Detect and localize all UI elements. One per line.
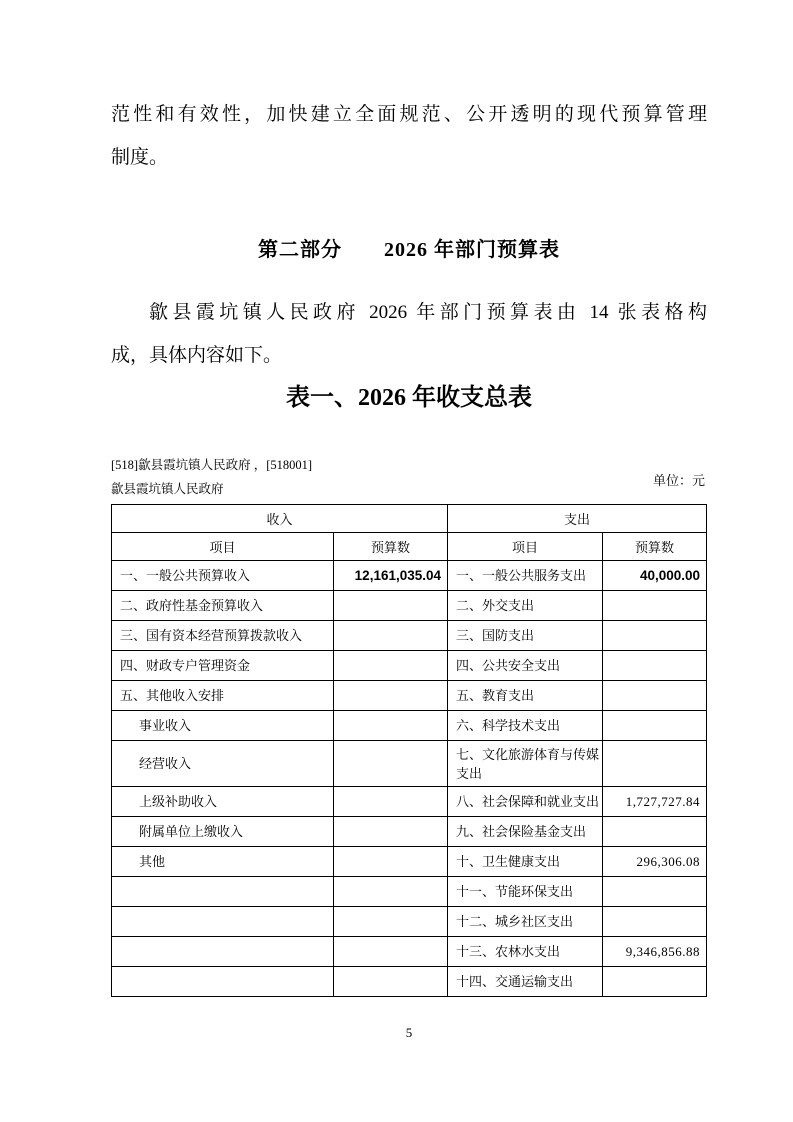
expense-item-cell: 十三、农林水支出 <box>448 937 603 967</box>
table-row: 十四、交通运输支出 <box>112 967 707 997</box>
page-content: 范性和有效性，加快建立全面规范、公开透明的现代预算管理 制度。 第二部分 202… <box>111 0 707 1041</box>
expense-item-cell: 十一、节能环保支出 <box>448 877 603 907</box>
income-value-cell <box>334 847 448 877</box>
income-value-cell <box>334 787 448 817</box>
income-value-cell <box>334 967 448 997</box>
income-item-cell <box>112 907 334 937</box>
table-row: 附属单位上缴收入九、社会保险基金支出 <box>112 817 707 847</box>
income-item-cell <box>112 877 334 907</box>
income-item-cell: 五、其他收入安排 <box>112 681 334 711</box>
page-number: 5 <box>111 1025 707 1041</box>
expense-item-cell: 三、国防支出 <box>448 621 603 651</box>
expense-item-cell: 十、卫生健康支出 <box>448 847 603 877</box>
expense-item-cell: 六、科学技术支出 <box>448 711 603 741</box>
income-value-cell <box>334 681 448 711</box>
org-code-line: [518]歙县霞坑镇人民政府 ，[518001] <box>111 453 707 477</box>
expense-value-cell <box>603 741 707 787</box>
income-item-cell: 附属单位上缴收入 <box>112 817 334 847</box>
income-item-cell <box>112 967 334 997</box>
document-page: 范性和有效性，加快建立全面规范、公开透明的现代预算管理 制度。 第二部分 202… <box>0 0 793 1122</box>
income-value-cell <box>334 621 448 651</box>
table-row: 十一、节能环保支出 <box>112 877 707 907</box>
expense-item-cell: 五、教育支出 <box>448 681 603 711</box>
expense-item-cell: 七、文化旅游体育与传媒 支出 <box>448 741 603 787</box>
income-item-cell: 其他 <box>112 847 334 877</box>
paragraph-line: 歙县霞坑镇人民政府 2026 年部门预算表由 14 张表格构 <box>111 291 707 334</box>
expense-value-cell <box>603 967 707 997</box>
income-item-cell: 四、财政专户管理资金 <box>112 651 334 681</box>
table-header-row-columns: 项目 预算数 项目 预算数 <box>112 533 707 561</box>
table-row: 三、国有资本经营预算拨款收入三、国防支出 <box>112 621 707 651</box>
org-info-block: [518]歙县霞坑镇人民政府 ，[518001] 歙县霞坑镇人民政府 单位：元 <box>111 453 707 501</box>
income-item-cell: 经营收入 <box>112 741 334 787</box>
expense-value-cell <box>603 711 707 741</box>
table-row: 经营收入七、文化旅游体育与传媒 支出 <box>112 741 707 787</box>
income-item-cell: 一、一般公共预算收入 <box>112 561 334 591</box>
income-value-cell <box>334 591 448 621</box>
paragraph-line: 制度。 <box>111 136 707 179</box>
income-item-column-header: 项目 <box>112 533 334 561</box>
income-value-cell: 12,161,035.04 <box>334 561 448 591</box>
budget-table: 收入 支出 项目 预算数 项目 预算数 一、一般公共预算收入12,161,035… <box>111 504 707 997</box>
income-item-cell: 事业收入 <box>112 711 334 741</box>
income-value-cell <box>334 877 448 907</box>
income-value-cell <box>334 937 448 967</box>
section-heading: 第二部分 2026 年部门预算表 <box>111 237 707 263</box>
table-row: 四、财政专户管理资金四、公共安全支出 <box>112 651 707 681</box>
income-item-cell: 二、政府性基金预算收入 <box>112 591 334 621</box>
income-group-header: 收入 <box>112 505 448 533</box>
expense-value-cell: 296,306.08 <box>603 847 707 877</box>
table-title: 表一、2026 年收支总表 <box>111 383 707 413</box>
paragraph-line: 范性和有效性，加快建立全面规范、公开透明的现代预算管理 <box>111 93 707 136</box>
income-budget-column-header: 预算数 <box>334 533 448 561</box>
table-row: 上级补助收入八、社会保障和就业支出1,727,727.84 <box>112 787 707 817</box>
expense-value-cell: 40,000.00 <box>603 561 707 591</box>
table-row: 其他十、卫生健康支出296,306.08 <box>112 847 707 877</box>
expense-item-cell: 四、公共安全支出 <box>448 651 603 681</box>
table-header-row-groups: 收入 支出 <box>112 505 707 533</box>
expense-item-cell: 八、社会保障和就业支出 <box>448 787 603 817</box>
income-item-cell: 三、国有资本经营预算拨款收入 <box>112 621 334 651</box>
expense-value-cell <box>603 651 707 681</box>
expense-value-cell: 1,727,727.84 <box>603 787 707 817</box>
expense-item-cell: 九、社会保险基金支出 <box>448 817 603 847</box>
expense-value-cell <box>603 817 707 847</box>
income-item-cell: 上级补助收入 <box>112 787 334 817</box>
expense-value-cell <box>603 907 707 937</box>
expense-item-cell: 十二、城乡社区支出 <box>448 907 603 937</box>
income-value-cell <box>334 651 448 681</box>
table-row: 事业收入六、科学技术支出 <box>112 711 707 741</box>
table-row: 十三、农林水支出9,346,856.88 <box>112 937 707 967</box>
table-row: 十二、城乡社区支出 <box>112 907 707 937</box>
unit-note: 单位：元 <box>653 469 705 493</box>
income-value-cell <box>334 711 448 741</box>
expense-value-cell: 9,346,856.88 <box>603 937 707 967</box>
body-paragraph-continuation: 范性和有效性，加快建立全面规范、公开透明的现代预算管理 制度。 <box>111 93 707 179</box>
org-name-line: 歙县霞坑镇人民政府 <box>111 477 707 501</box>
expense-item-cell: 一、一般公共服务支出 <box>448 561 603 591</box>
expense-item-cell: 十四、交通运输支出 <box>448 967 603 997</box>
income-value-cell <box>334 907 448 937</box>
expense-value-cell <box>603 877 707 907</box>
expense-value-cell <box>603 621 707 651</box>
paragraph-line: 成，具体内容如下。 <box>111 334 707 377</box>
table-row: 二、政府性基金预算收入二、外交支出 <box>112 591 707 621</box>
body-paragraph-intro: 歙县霞坑镇人民政府 2026 年部门预算表由 14 张表格构 成，具体内容如下。 <box>111 291 707 377</box>
expense-value-cell <box>603 681 707 711</box>
expense-group-header: 支出 <box>448 505 707 533</box>
expense-item-cell: 二、外交支出 <box>448 591 603 621</box>
expense-budget-column-header: 预算数 <box>603 533 707 561</box>
expense-item-column-header: 项目 <box>448 533 603 561</box>
income-value-cell <box>334 741 448 787</box>
table-row: 一、一般公共预算收入12,161,035.04一、一般公共服务支出40,000.… <box>112 561 707 591</box>
income-item-cell <box>112 937 334 967</box>
income-value-cell <box>334 817 448 847</box>
expense-value-cell <box>603 591 707 621</box>
table-row: 五、其他收入安排五、教育支出 <box>112 681 707 711</box>
